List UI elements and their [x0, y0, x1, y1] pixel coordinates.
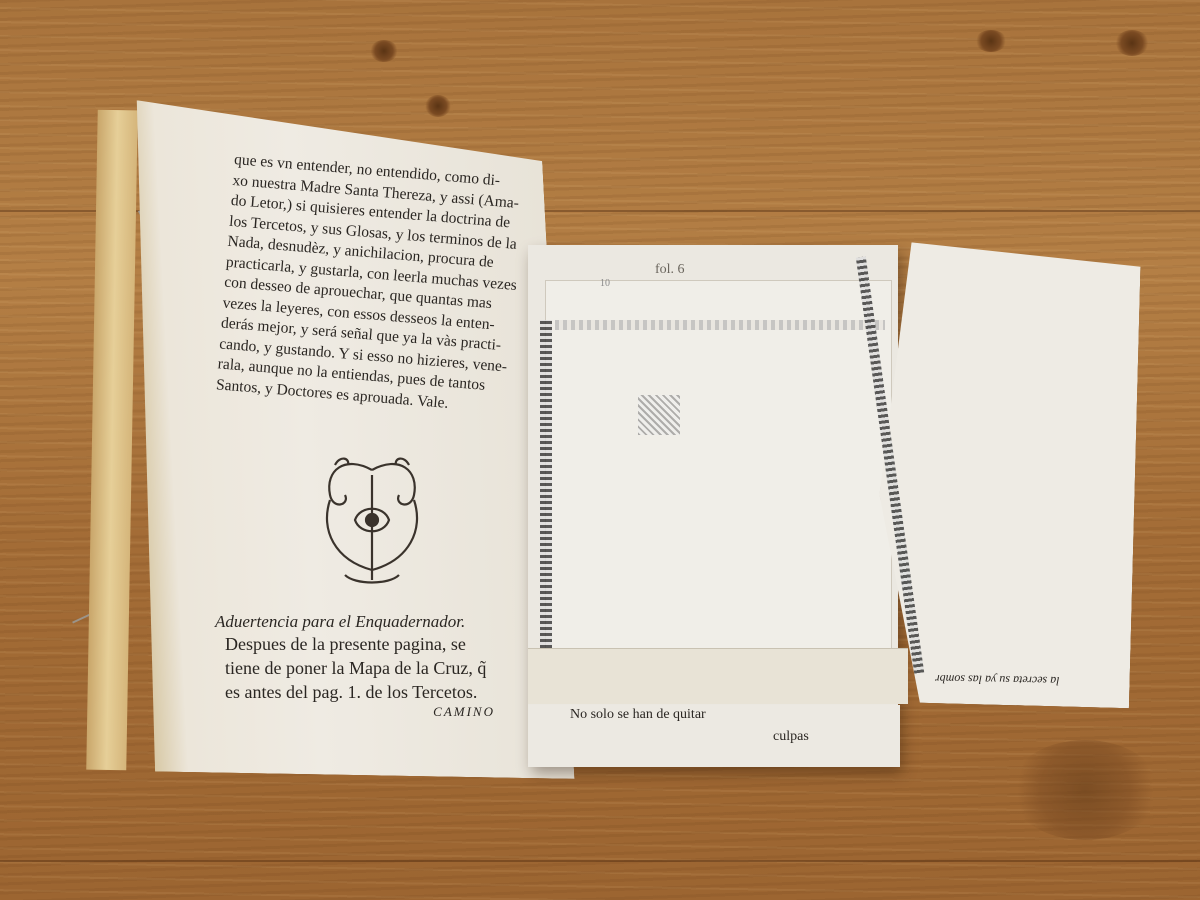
map-bottom-sheet: No solo se han de quitar culpas [528, 705, 900, 767]
wood-knot [975, 30, 1007, 52]
printer-ornament-icon [315, 450, 430, 590]
bottom-text-line: No solo se han de quitar [570, 707, 706, 723]
folded-map-panel [545, 280, 892, 702]
binder-notice: Aduertencia para el Enquadernador. Despu… [215, 612, 525, 720]
map-bottom-flap [528, 648, 908, 704]
catchword: CAMINO [215, 704, 525, 720]
upside-down-text: la secreta su ya las sombr [935, 671, 1060, 688]
bottom-text-line: culpas [773, 729, 809, 745]
wood-knot [425, 95, 451, 117]
book-spine-edge [86, 110, 138, 771]
small-ornament-icon [638, 395, 680, 435]
notice-heading: Aduertencia para el Enquadernador. [215, 612, 525, 632]
left-page-body: que es vn entender, no entendido, como d… [215, 150, 534, 419]
wood-knot [1115, 30, 1149, 56]
folio-number: 10 [600, 278, 610, 289]
ornamental-border [540, 320, 552, 660]
plank-seam [0, 860, 1200, 862]
folio-header: fol. 6 [655, 262, 685, 278]
ornamental-band [555, 320, 885, 330]
notice-line: es antes del pag. 1. de los Tercetos. [215, 680, 525, 704]
notice-line: tiene de poner la Mapa de la Cruz, q̃ [215, 656, 525, 680]
notice-line: Despues de la presente pagina, se [215, 632, 525, 656]
wood-knot [1010, 740, 1160, 840]
wood-knot [370, 40, 398, 62]
